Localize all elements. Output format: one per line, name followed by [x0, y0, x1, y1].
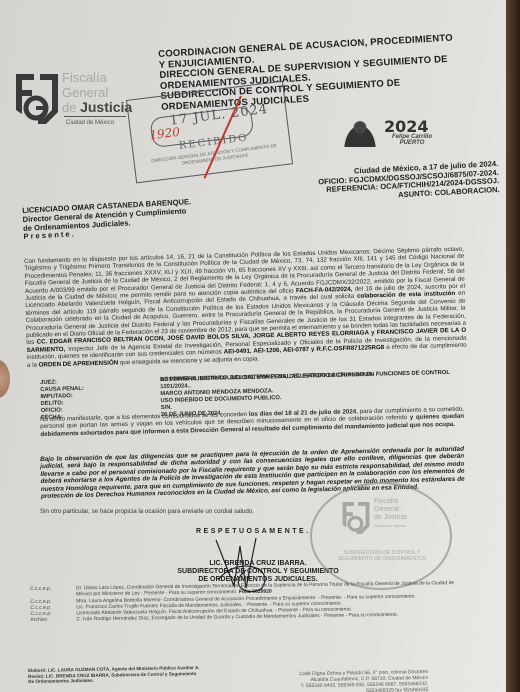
logo-city: Ciudad de México [66, 120, 114, 126]
signer-title: SUBDIRECTORA DE CONTROL Y SEGUIMIENTO [168, 568, 348, 576]
logo-line-2: General [62, 85, 132, 100]
official-seal: Fiscalía General de Justicia Ciudad de M… [310, 482, 452, 590]
logo-line-1: Fiscalía [62, 70, 132, 85]
office-address: Calle Digna Ochoa y Plácido 56, 4° piso,… [254, 669, 428, 692]
fgj-logo-icon [12, 68, 62, 130]
cc-label: Archivo. [30, 617, 76, 624]
logo-wordmark: Fiscalía General de Justicia [62, 70, 132, 115]
body-paragraph-1: Con fundamento en lo dispuesto por los a… [24, 246, 467, 369]
logo-line-3-bold: Justicia [80, 99, 132, 115]
reviso-line: De Ordenamientos Judiciales. [28, 678, 94, 684]
addressee-block: LICENCIADO OMAR CASTANEDA BARENQUE. Dire… [22, 198, 193, 242]
cc-label: C.c.c.e.p. [30, 585, 76, 598]
seal-line: de Justicia [374, 514, 407, 522]
seal-office: SUBDIRECCIÓN DE CONTROL Y SEGUIMIENTO DE… [332, 550, 432, 562]
document-page: Fiscalía General de Justicia Ciudad de M… [0, 0, 506, 692]
respectfully: RESPETUOSAMENTE. [196, 528, 311, 535]
seal-line: General [374, 506, 407, 514]
seal-city: Ciudad de México [374, 522, 407, 530]
logo-divider [64, 116, 126, 117]
carbon-copy-list: C.c.c.e.p.Dr. Ulises Lara López, Coordin… [30, 580, 470, 624]
order-type: ORDEN DE APREHENSIÓN [39, 359, 119, 368]
year-emblem: 2024 Felipe Carrillo PUERTO [340, 115, 506, 155]
seal-wordmark: Fiscalía General de Justicia Ciudad de M… [374, 498, 407, 530]
seal-line: Fiscalía [374, 498, 407, 506]
closing-line: Sin otro particular, se hace propicia la… [40, 508, 254, 515]
seal-logo-icon [340, 498, 372, 538]
logo-line-3-prefix: de [62, 100, 80, 115]
finger-shadow [0, 360, 10, 398]
background-edge [506, 0, 520, 692]
reference-block: Ciudad de México, a 17 de julio de 2024.… [254, 160, 499, 207]
prepared-by: Elaboró: LIC. LAURA GUZMAN COTA, Agente … [28, 665, 200, 685]
portrait-icon [340, 119, 380, 147]
emblem-name: Felipe Carrillo PUERTO [382, 134, 442, 146]
